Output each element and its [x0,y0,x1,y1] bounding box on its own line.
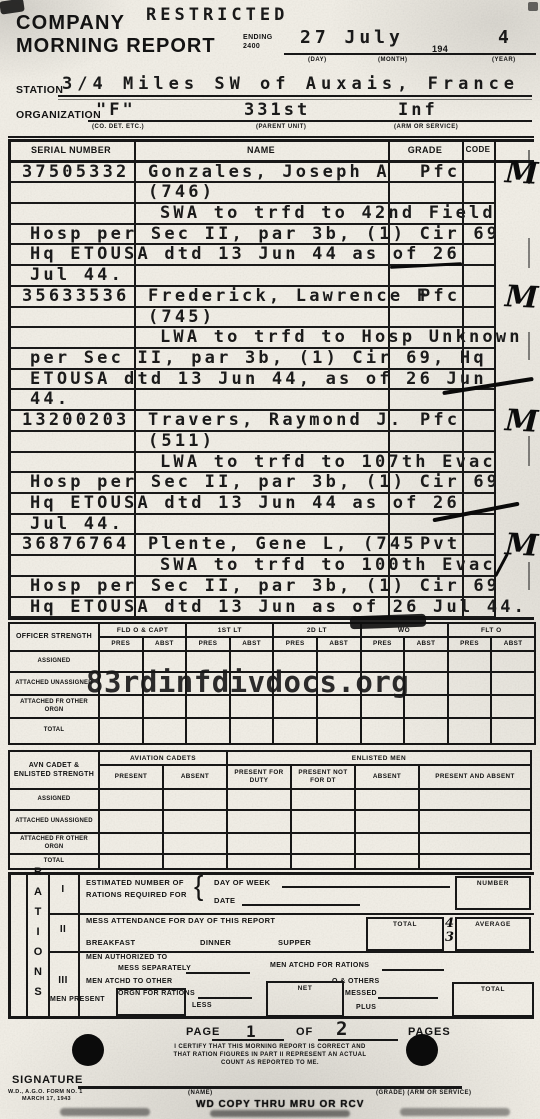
mess-separately-blank [186,972,250,974]
scan-blotch [528,2,538,11]
strength-subheader: ABSENT [355,765,419,789]
strength-cell [99,718,143,744]
year-prefix: 194 [432,44,448,54]
strength-header-row: OFFICER STRENGTHFLD O & CAPT1ST LT2D LTW… [9,623,535,637]
code-mark-handwritten: M [504,403,539,440]
strength-cell [448,718,492,744]
strength-subheader: ABSENT [163,765,227,789]
org-parent-value: 331st [244,100,310,120]
supper-label: SUPPER [278,938,311,947]
date-label: DATE [214,896,235,905]
strength-group: ENLISTED MEN [227,751,531,765]
strength-group: FLD O & CAPT [99,623,186,637]
roster-text: 44. [30,391,70,408]
brace: { [194,870,204,902]
men-atchd-other-label: MEN ATCHD TO OTHER [86,978,172,985]
handwritten-figure: 3 [445,930,454,945]
strength-cell [491,695,535,718]
roster-grade: Pfc [420,412,460,429]
roster-text: Hq ETOUSA dtd 13 Jun as of 26 Jul 44. [30,599,527,616]
roster-name: Plente, Gene L, (745 [148,536,417,553]
rations-divider-ii-iii [48,951,534,953]
strength-cell [491,718,535,744]
rations-side-letter: R [30,866,46,886]
roster-text: LWA to trfd to Hosp Unknown [160,329,523,346]
strength-row-label: TOTAL [9,854,99,869]
mess-separately-label: MESS SEPARATELY [118,965,191,972]
pages-value: 2 [336,1018,347,1040]
strength-cell [99,854,163,869]
average-box: AVERAGE [455,917,531,951]
rations-side-letter: T [30,906,46,926]
scan-blotch [400,1108,510,1116]
strength-title: AVN CADET & ENLISTED STRENGTH [9,751,99,789]
roster-serial: 37505332 [22,164,129,181]
roster-line: Hosp per Sec II, par 3b, (1) Cir 69 [8,225,494,246]
rations-total-box-label: TOTAL [454,984,532,993]
roster-line: Jul 44. [8,266,494,287]
month-sublabel: (MONTH) [378,57,408,63]
form-date: MARCH 17, 1943 [22,1096,71,1102]
strength-group: FLT O [448,623,535,637]
rations-left-border [8,872,11,1018]
roster-line: 35633536Frederick, Lawrence FPfcM [8,287,494,308]
roster-top-rule-2 [8,139,534,142]
rations-letter-divider [26,872,28,1018]
roster-line: per Sec II, par 3b, (1) Cir 69, Hq [8,349,494,370]
strength-cell [448,672,492,695]
scan-blotch [210,1110,350,1117]
strength-row: ATTACHED UNASSIGNED [9,810,531,833]
strength-cell [355,833,419,854]
roster-header-code: CODE [462,145,494,154]
strength-cell [404,672,448,695]
roster-line: SWA to trfd to 42nd Field [8,204,494,225]
roster-line: ETOUSA dtd 13 Jun 44, as of 26 Jun [8,370,494,391]
organization-underline [88,120,532,122]
strength-subheader: ABST [230,637,274,651]
strength-cell [404,718,448,744]
men-authorized-label: MEN AUTHORIZED TO [86,954,167,961]
roster-header-serial: SERIAL NUMBER [8,145,134,155]
dinner-label: DINNER [200,938,231,947]
rations-side-letter: N [30,966,46,986]
strength-group: AVIATION CADETS [99,751,227,765]
copy-note: WD COPY THRU MRU OR RCV [196,1099,364,1110]
roster-text: Hq ETOUSA dtd 13 Jun 44 as of 26 [30,495,460,512]
scan-edge-mark [528,238,530,268]
date-blank [242,904,360,906]
date-underline [284,53,456,55]
roster-text: Jul 44. [30,516,124,533]
cadet-strength-table: AVN CADET & ENLISTED STRENGTHAVIATION CA… [8,750,532,870]
strength-cell [448,695,492,718]
roster-text: Hosp per Sec II, par 3b, (1) Cir 69 [30,474,500,491]
rations-side-letter: A [30,886,46,906]
year-underline [455,53,536,55]
scan-edge-mark [528,562,530,590]
mess-attendance-label: MESS ATTENDANCE FOR DAY OF THIS REPORT [86,916,275,925]
strength-group: 1ST LT [186,623,273,637]
strength-title: OFFICER STRENGTH [9,623,99,651]
strength-subheader: PRES [273,637,317,651]
roster-serial: 36876764 [22,536,129,553]
men-atchd-rations-label: MEN ATCHD FOR RATIONS [270,962,369,969]
roster-line: Hosp per Sec II, par 3b, (1) Cir 69 [8,473,494,494]
roster-header-name: NAME [134,145,388,155]
roster-text: LWA to trfd to 107th Evac [160,454,496,471]
strength-cell [273,718,317,744]
strength-cell [355,789,419,810]
form-title-line1: COMPANY [16,12,125,35]
roster-line: Hosp per Sec II, par 3b, (1) Cir 69 [8,577,494,598]
rations-numeral-iii: III [48,975,78,986]
strength-cell [291,789,355,810]
day-of-week-blank [282,886,450,888]
roster-line: (511) [8,432,494,453]
rations-side-letter: S [30,986,46,1006]
roster-serial: 13200203 [22,412,129,429]
messed-label: MESSED [345,990,377,997]
page-label: PAGE [186,1026,220,1038]
men-present-box [116,988,186,1016]
strength-cell [419,810,531,833]
strength-subheader: PRES [99,637,143,651]
rations-side-letter: O [30,946,46,966]
strength-cell [99,789,163,810]
watermark: 83rdinfdivdocs.org [86,665,409,699]
roster-line: 36876764Plente, Gene L, (745PvtM [8,535,494,556]
name-sublabel: (NAME) [188,1090,213,1096]
punch-hole [406,1034,438,1066]
strength-cell [291,810,355,833]
roster-line: 37505332Gonzales, Joseph APfcM [8,163,494,184]
rations-total-box: TOTAL [452,982,534,1017]
strength-row-label: TOTAL [9,718,99,744]
rations-numeral-i: I [48,884,78,895]
roster-text: Hosp per Sec II, par 3b, (1) Cir 69 [30,226,500,243]
strength-subheader: PRES [186,637,230,651]
strength-group: 2D LT [273,623,360,637]
strength-subheader: PRES [448,637,492,651]
strength-subheader: PRESENT AND ABSENT [419,765,531,789]
code-mark-handwritten: M [504,155,539,192]
breakfast-label: BREAKFAST [86,938,135,947]
strength-subheader: ABST [317,637,361,651]
pen-mark [494,553,509,577]
roster-line: (746) [8,183,494,204]
of-label: OF [296,1026,313,1038]
messed-blank [378,997,438,999]
roster-grade: Pfc [420,164,460,181]
strength-cell [99,833,163,854]
station-value: 3/4 Miles SW of Auxais, France [62,74,519,94]
strength-cell [163,789,227,810]
roster-text: (745) [148,309,215,326]
roster-text: per Sec II, par 3b, (1) Cir 69, Hq [30,350,487,367]
roster-name: Gonzales, Joseph A [148,164,390,181]
rations-side-letter: I [30,926,46,946]
signature-line [78,1086,462,1089]
men-atchd-rations-blank [382,969,444,971]
strength-cell [404,695,448,718]
men-present-label: MEN PRESENT [50,995,102,1004]
form-number: W.D., A.G.O. FORM NO. 1 [8,1089,83,1095]
roster-text: Hq ETOUSA dtd 13 Jun 44 as of 26 [30,246,460,263]
year-sublabel: (YEAR) [492,57,516,63]
roster-line: LWA to trfd to 107th Evac [8,453,494,474]
day-of-week-label: DAY OF WEEK [214,878,271,887]
pages-blank [318,1039,398,1041]
grade-sublabel: (GRADE) (ARM OR SERVICE) [376,1090,472,1096]
strength-subheader: PRES [361,637,405,651]
rations-i-label-1: ESTIMATED NUMBER OF [86,878,184,887]
signature-label: SIGNATURE [12,1074,83,1086]
classification-stamp: RESTRICTED [146,5,288,25]
less-label: LESS [192,1002,212,1009]
certification-line-1: I CERTIFY THAT THIS MORNING REPORT IS CO… [90,1044,450,1050]
strength-subheader: ABST [143,637,187,651]
strength-row: ASSIGNED [9,789,531,810]
rations-top-rule [8,872,534,875]
code-mark-handwritten: M [504,528,539,565]
cadet-table-grid: AVN CADET & ENLISTED STRENGTHAVIATION CA… [8,750,532,870]
strength-cell [361,718,405,744]
roster-line: 13200203Travers, Raymond J.PfcM [8,411,494,432]
roster-text: Jul 44. [30,267,124,284]
strength-cell [291,833,355,854]
org-unit-value: "F" [96,100,136,120]
strength-cell [143,718,187,744]
strength-subheader: ABST [491,637,535,651]
form-title-line2: MORNING REPORT [16,35,216,58]
org-parent-sublabel: (PARENT UNIT) [256,124,306,130]
roster-line: 44. [8,390,494,411]
roster-serial: 35633536 [22,288,129,305]
ink-smudge [350,614,426,630]
strength-cell [227,833,291,854]
rations-i-label-2: RATIONS REQUIRED FOR [86,890,187,899]
punch-hole [72,1034,104,1066]
strength-row: ATTACHED FR OTHER ORGN [9,833,531,854]
strength-cell [491,672,535,695]
strength-row-label: ASSIGNED [9,789,99,810]
strength-subheader: PRESENT FOR DUTY [227,765,291,789]
roster-body: 37505332Gonzales, Joseph APfcM(746)SWA t… [8,163,494,619]
strength-cell [227,810,291,833]
strength-cell [491,651,535,672]
strength-subheader: PRESENT [99,765,163,789]
roster-text: (746) [148,184,215,201]
ending-label: ENDING [243,34,273,41]
station-label: STATION [16,84,63,96]
strength-cell [227,854,291,869]
org-arm-sublabel: (ARM OR SERVICE) [394,124,458,130]
strength-cell [186,718,230,744]
scan-blotch [60,1108,150,1116]
number-box-label: NUMBER [457,878,529,887]
strength-cell [404,651,448,672]
roster-grade: Pfc [420,288,460,305]
year-value: 4 [498,27,509,48]
scan-edge-mark [528,436,530,466]
roster-line: SWA to trfd to 100th Evac [8,556,494,577]
roster-top-rule-1 [8,136,534,138]
rations-numeral-ii: II [48,924,78,935]
roster-grade: Pvt [420,536,460,553]
strength-cell [163,810,227,833]
strength-row-label: ATTACHED UNASSIGNED [9,810,99,833]
strength-row: TOTAL [9,854,531,869]
strength-cell [163,833,227,854]
mess-total-box-label: TOTAL [368,919,442,928]
strength-subheader: PRESENT NOT FOR DT [291,765,355,789]
rations-divider-i-ii [48,913,534,915]
strength-row: TOTAL [9,718,535,744]
strength-cell [419,833,531,854]
roster-text: SWA to trfd to 100th Evac [160,557,496,574]
certification-line-2: THAT RATION FIGURES IN PART II REPRESENT… [90,1052,450,1058]
morning-report-scan: RESTRICTED COMPANY MORNING REPORT ENDING… [0,0,540,1119]
average-box-label: AVERAGE [457,919,529,928]
day-sublabel: (DAY) [308,57,327,63]
strength-cell [291,854,355,869]
strength-cell [355,854,419,869]
strength-cell [163,854,227,869]
roster-text: SWA to trfd to 42nd Field [160,205,496,222]
roster-line: Jul 44. [8,515,494,536]
strength-cell [355,810,419,833]
certification-line-3: COUNT AS REPORTED TO ME. [90,1060,450,1066]
scan-edge-mark [528,332,530,360]
strength-subheader: ABST [404,637,448,651]
roster-text: (511) [148,433,215,450]
roster-name: Travers, Raymond J. [148,412,403,429]
station-underline [58,95,532,97]
roster-line: Hq ETOUSA dtd 13 Jun 44 as of 26 [8,245,494,266]
number-box: NUMBER [455,876,531,910]
strength-cell [230,718,274,744]
roster-line: (745) [8,308,494,329]
ending-time-label: 2400 [243,43,260,50]
strength-header-row: AVN CADET & ENLISTED STRENGTHAVIATION CA… [9,751,531,765]
plus-label: PLUS [356,1004,376,1011]
rations-side-label: RATIONS [30,866,46,1006]
strength-cell [99,810,163,833]
page-value: 1 [246,1022,256,1041]
mess-total-box: TOTAL [366,917,444,951]
strength-row-label: ATTACHED FR OTHER ORGN [9,833,99,854]
report-date-value: 27 July [300,27,404,48]
code-mark-handwritten: M [504,279,539,316]
roster-header-grade: GRADE [388,145,462,155]
strength-cell [317,718,361,744]
roster-name: Frederick, Lawrence F [148,288,430,305]
net-box-label: NET [268,983,342,992]
org-unit-sublabel: (CO. DET. ETC.) [92,124,144,130]
strength-cell [419,789,531,810]
roster-line: LWA to trfd to Hosp Unknown [8,328,494,349]
roster-line: Hq ETOUSA dtd 13 Jun 44 as of 26 [8,494,494,515]
strength-cell [448,651,492,672]
roster-text: Hosp per Sec II, par 3b, (1) Cir 69 [30,578,500,595]
organization-label: ORGANIZATION [16,109,101,121]
strength-cell [419,854,531,869]
strength-cell [227,789,291,810]
org-arm-value: Inf [398,100,438,120]
handwritten-figure: 4 [445,916,454,931]
orgn-for-rations-blank [198,997,252,999]
net-box: NET [266,981,344,1017]
roster-text: ETOUSA dtd 13 Jun 44, as of 26 Jun [30,371,487,388]
